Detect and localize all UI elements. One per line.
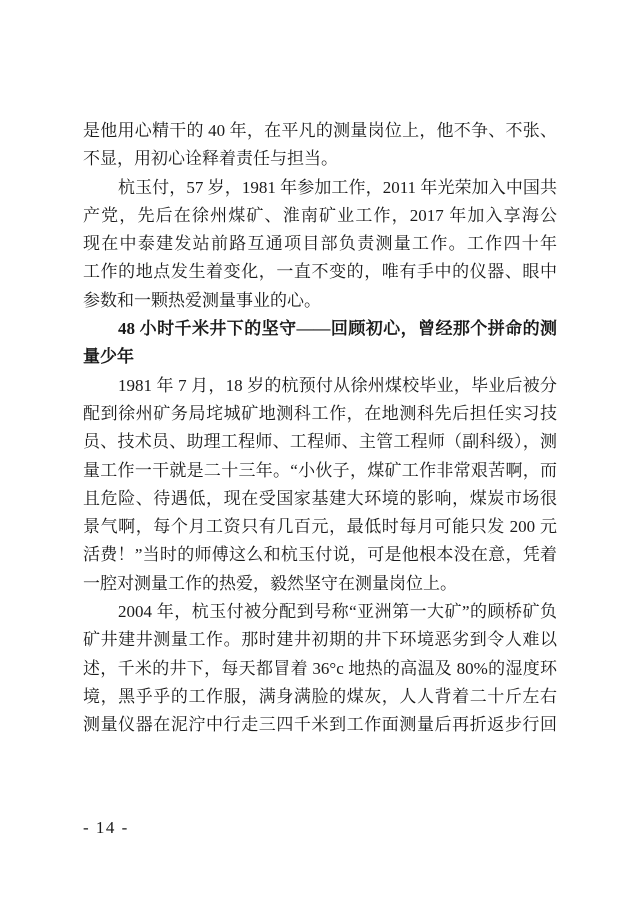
- text-line: 述，千米的井下，每天都冒着 36°c 地热的高温及 80%的湿度环: [83, 655, 557, 683]
- text-line: 是他用心精干的 40 年，在平凡的测量岗位上，他不争、不张、: [83, 117, 557, 145]
- heading-line: 量少年: [83, 343, 557, 371]
- text-line: 量工作一干就是二十三年。“小伙子，煤矿工作非常艰苦啊，而: [83, 457, 557, 485]
- text-line: 员、技术员、助理工程师、工程师、主管工程师（副科级），测: [83, 428, 557, 456]
- text-line: 工作的地点发生着变化，一直不变的，唯有手中的仪器、眼中的: [83, 258, 557, 286]
- heading-line: 48 小时千米井下的坚守——回顾初心，曾经那个拼命的测: [83, 315, 557, 343]
- text-line: 2004 年，杭玉付被分配到号称“亚洲第一大矿”的顾桥矿负责: [83, 598, 557, 626]
- text-line: 现在中泰建发站前路互通项目部负责测量工作。工作四十年来，: [83, 230, 557, 258]
- text-line: 杭玉付，57 岁，1981 年参加工作，2011 年光荣加入中国共: [83, 174, 557, 202]
- text-line: 境，黑乎乎的工作服，满身满脸的煤灰，人人背着二十斤左右的: [83, 683, 557, 711]
- text-line: 且危险、待遇低，现在受国家基建大环境的影响，煤炭市场很不: [83, 485, 557, 513]
- document-page: 是他用心精干的 40 年，在平凡的测量岗位上，他不争、不张、不显，用初心诠释着责…: [0, 0, 636, 900]
- text-line: 活费！”当时的师傅这么和杭玉付说，可是他根本没在意，凭着: [83, 541, 557, 569]
- text-line: 一腔对测量工作的热爱，毅然坚守在测量岗位上。: [83, 570, 557, 598]
- text-line: 不显，用初心诠释着责任与担当。: [83, 145, 557, 173]
- document-text-block: 是他用心精干的 40 年，在平凡的测量岗位上，他不争、不张、不显，用初心诠释着责…: [83, 117, 557, 740]
- text-line: 测量仪器在泥泞中行走三四千米到工作面测量后再折返步行回: [83, 711, 557, 739]
- text-line: 景气啊，每个月工资只有几百元，最低时每月可能只发 200 元生: [83, 513, 557, 541]
- text-line: 矿井建井测量工作。那时建井初期的井下环境恶劣到令人难以描: [83, 626, 557, 654]
- page-number: - 14 -: [83, 818, 129, 838]
- text-line: 1981 年 7 月，18 岁的杭预付从徐州煤校毕业，毕业后被分: [83, 372, 557, 400]
- text-line: 参数和一颗热爱测量事业的心。: [83, 287, 557, 315]
- text-line: 产党，先后在徐州煤矿、淮南矿业工作，2017 年加入享海公司，: [83, 202, 557, 230]
- text-line: 配到徐州矿务局垞城矿地测科工作，在地测科先后担任实习技术: [83, 400, 557, 428]
